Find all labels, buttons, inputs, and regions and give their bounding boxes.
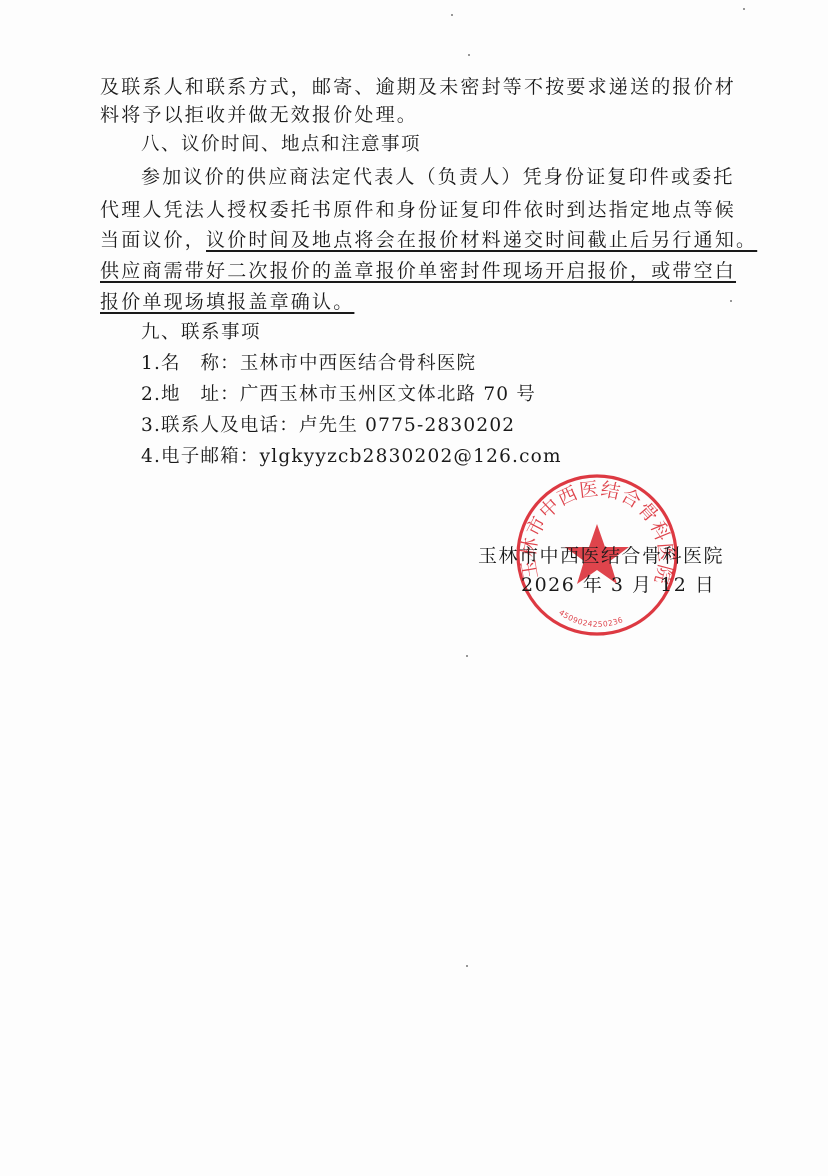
section-8-heading: 八、议价时间、地点和注意事项 [141, 132, 421, 158]
contact-value: 玉林市中西医结合骨科医院 [240, 353, 476, 374]
signature-organization: 玉林市中西医结合骨科医院 [478, 541, 724, 568]
contact-value: 广西玉林市玉州区文体北路 70 号 [240, 384, 536, 405]
paragraph-tail-line-2: 料将予以拒收并做无效报价处理。 [100, 102, 418, 128]
scan-speck [451, 14, 453, 16]
contact-item-address: 2.地 址：广西玉林市玉州区文体北路 70 号 [141, 382, 536, 408]
paragraph-tail-line-1: 及联系人和联系方式，邮寄、逾期及未密封等不按要求递送的报价材 [100, 74, 736, 100]
contact-label: 3.联系人及电话： [141, 415, 299, 436]
section-9-heading: 九、联系事项 [141, 320, 261, 346]
contact-item-phone: 3.联系人及电话：卢先生 0775-2830202 [141, 413, 515, 439]
section-8-line-1: 参加议价的供应商法定代表人（负责人）凭身份证复印件或委托 [141, 164, 735, 190]
contact-item-email: 4.电子邮箱：ylgkyyzcb2830202@126.com [141, 444, 562, 470]
signature-date: 2026 年 3 月 12 日 [521, 570, 715, 597]
seal-number: 4509024250236 [557, 608, 624, 629]
svg-text:4509024250236: 4509024250236 [557, 608, 624, 629]
contact-label: 2.地 址： [141, 384, 240, 405]
document-page: 及联系人和联系方式，邮寄、逾期及未密封等不按要求递送的报价材 料将予以拒收并做无… [0, 0, 828, 1176]
section-8-line-5: 报价单现场填报盖章确认。 [100, 289, 354, 315]
section-8-line-3: 当面议价，议价时间及地点将会在报价材料递交时间截止后另行通知。 [100, 227, 757, 253]
scan-speck [468, 54, 470, 56]
contact-label: 4.电子邮箱： [141, 446, 260, 467]
scan-speck [466, 655, 468, 657]
section-8-line-4: 供应商需带好二次报价的盖章报价单密封件现场开启报价，或带空白 [100, 258, 736, 284]
scan-speck [730, 300, 732, 302]
section-8-line-3-plain: 当面议价， [100, 229, 206, 251]
scan-speck [743, 8, 745, 10]
contact-value: ylgkyyzcb2830202@126.com [260, 446, 562, 467]
section-8-line-3-underlined: 议价时间及地点将会在报价材料递交时间截止后另行通知。 [206, 229, 757, 251]
contact-item-name: 1.名 称：玉林市中西医结合骨科医院 [141, 351, 476, 377]
contact-value: 卢先生 0775-2830202 [299, 415, 515, 436]
contact-label: 1.名 称： [141, 353, 240, 374]
scan-speck [466, 965, 468, 967]
section-8-line-2: 代理人凭法人授权委托书原件和身份证复印件依时到达指定地点等候 [100, 197, 736, 223]
